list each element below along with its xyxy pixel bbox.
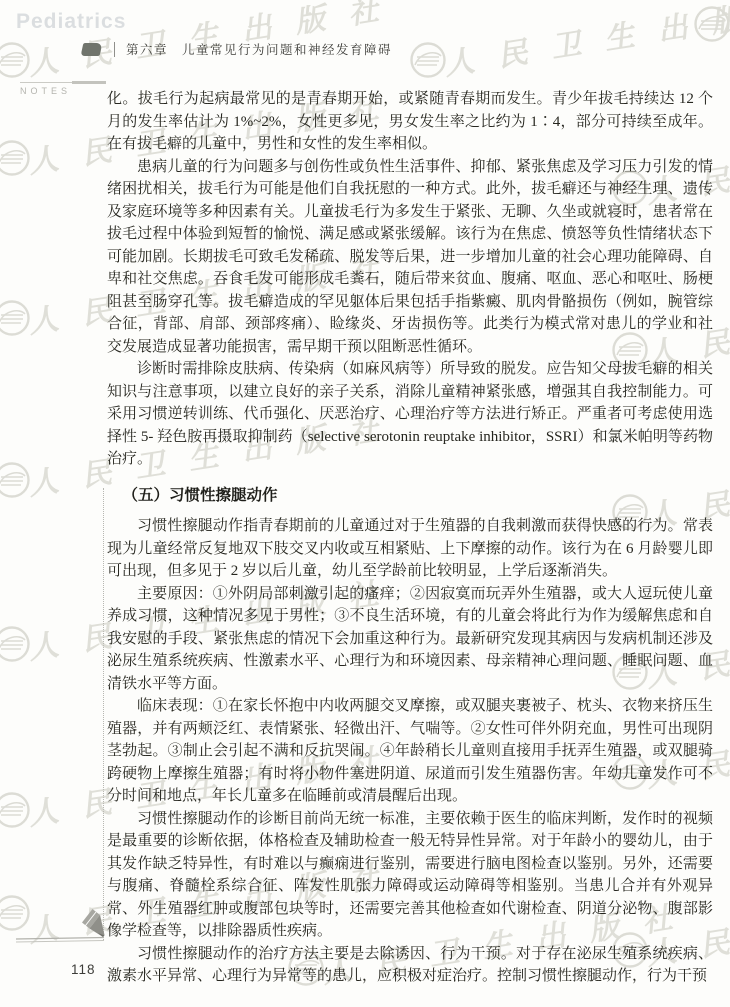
body-paragraph: 诊断时需排除皮肤病、传染病（如麻风病等）所导致的脱发。应告知父母拔毛癖的相关知识… [107,358,713,471]
body-paragraph: 患病儿童的行为问题多与创伤性或负性生活事件、抑郁、紧张焦虑及学习压力引发的情绪困… [107,156,713,359]
body-paragraph: 临床表现：①在家长怀抱中内收两腿交叉摩擦，或双腿夹裹被子、枕头、衣物来挤压生殖器… [107,695,713,808]
publisher-stamp-icon [0,40,32,80]
notes-dotted-guide [103,488,104,940]
publisher-stamp-icon [0,138,32,178]
publisher-stamp-icon [0,790,32,830]
notes-rule-accent [72,81,106,84]
publisher-stamp-icon [0,624,32,664]
page-number: 118 [71,962,96,977]
notes-margin: NOTES [20,82,106,96]
notes-label: NOTES [20,86,106,96]
publisher-watermark-text: 人民卫生出版社 [441,0,730,84]
running-head: 第六章 儿童常见行为问题和神经发育障碍 [82,40,392,58]
chapter-ornament-icon [81,43,103,56]
pencil-icon [14,906,109,950]
publisher-stamp-icon [0,460,32,500]
body-paragraph: 化。拔毛行为起病最常见的是青春期开始，或紧随青春期而发生。青少年拔毛持续达 12… [107,88,713,156]
page-body-text: 化。拔毛行为起病最常见的是青春期开始，或紧随青春期而发生。青少年拔毛持续达 12… [107,88,713,988]
publisher-stamp-icon [408,40,448,80]
body-paragraph: 习惯性擦腿动作的诊断目前尚无统一标准，主要依赖于医生的临床判断，发作时的视频是最… [107,808,713,943]
body-paragraph: 主要原因：①外阴局部刺激引起的瘙痒；②因寂寞而玩弄外生殖器，或大人逗玩使儿童养成… [107,583,713,696]
footer-divider [14,906,109,955]
chapter-title: 第六章 儿童常见行为问题和神经发育障碍 [126,40,392,58]
publisher-stamp-icon [692,4,730,44]
header-divider [114,42,115,57]
book-page: Pediatrics 人民卫生出版社 人民卫生出版社 人民卫生出版社 人民卫生出… [0,0,730,1007]
body-paragraph: 习惯性擦腿动作的治疗方法主要是去除诱因、行为干预。对于存在泌尿生殖系统疾病、激素… [107,943,713,988]
pediatrics-watermark: Pediatrics [16,10,126,34]
publisher-stamp-icon [0,298,32,338]
body-paragraph: 习惯性擦腿动作指青春期前的儿童通过对于生殖器的自我刺激而获得快感的行为。常表现为… [107,515,713,583]
section-heading: （五）习惯性擦腿动作 [107,485,713,508]
